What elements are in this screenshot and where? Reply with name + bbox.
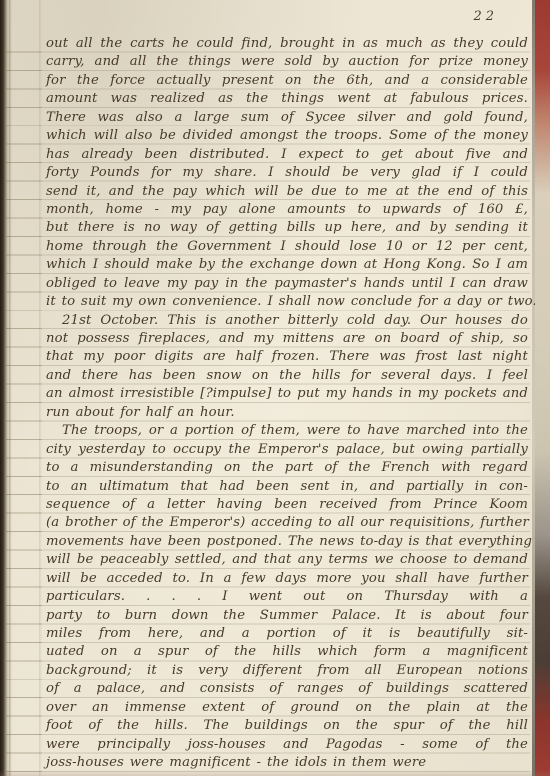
manuscript-line: has already been distributed. I expect t… xyxy=(46,147,528,165)
manuscript-line: (a brother of the Emperor's) acceding to… xyxy=(46,515,528,533)
manuscript-line: uated on a spur of the hills which form … xyxy=(46,644,528,662)
manuscript-line: of a palace, and consists of ranges of b… xyxy=(46,681,528,699)
manuscript-line: to a misunderstanding on the part of the… xyxy=(46,460,528,478)
manuscript-line: forty Pounds for my share. I should be v… xyxy=(46,165,528,183)
manuscript-line: will be acceded to. In a few days more y… xyxy=(46,571,528,589)
manuscript-line: it to suit my own convenience. I shall n… xyxy=(46,294,528,312)
manuscript-page: 22 out all the carts he could find, brou… xyxy=(0,0,550,776)
page-crease xyxy=(9,0,12,776)
manuscript-line: out all the carts he could find, brought… xyxy=(46,36,528,54)
manuscript-text: out all the carts he could find, brought… xyxy=(46,36,528,774)
manuscript-line: The troops, or a portion of them, were t… xyxy=(46,423,528,441)
manuscript-line: background; it is very different from al… xyxy=(46,663,528,681)
manuscript-line: that my poor digits are half frozen. The… xyxy=(46,349,528,367)
book-cover-edge xyxy=(535,0,550,776)
bottom-edge-shadow xyxy=(0,770,550,776)
manuscript-line: amount was realized as the things went a… xyxy=(46,91,528,109)
manuscript-line: were principally joss-houses and Pagodas… xyxy=(46,737,528,755)
manuscript-line: month, home - my pay alone amounts to up… xyxy=(46,202,528,220)
manuscript-line: 21st October. This is another bitterly c… xyxy=(46,313,528,331)
manuscript-line: party to burn down the Summer Palace. It… xyxy=(46,608,528,626)
manuscript-line: which I should make by the exchange down… xyxy=(46,257,528,275)
manuscript-line: which will also be divided amongst the t… xyxy=(46,128,528,146)
manuscript-line: send it, and the pay which will be due t… xyxy=(46,184,528,202)
manuscript-line: particulars. . . . I went out on Thursda… xyxy=(46,589,528,607)
manuscript-line: home through the Government I should los… xyxy=(46,239,528,257)
manuscript-line: for the force actually present on the 6t… xyxy=(46,73,528,91)
manuscript-line: and there has been snow on the hills for… xyxy=(46,368,528,386)
page-number: 22 xyxy=(473,9,498,24)
manuscript-line: but there is no way of getting bills up … xyxy=(46,220,528,238)
manuscript-line: over an immense extent of ground on the … xyxy=(46,700,528,718)
manuscript-line: run about for half an hour. xyxy=(46,405,528,423)
manuscript-line: city yesterday to occupy the Emperor's p… xyxy=(46,442,528,460)
manuscript-line: miles from here, and a portion of it is … xyxy=(46,626,528,644)
manuscript-line: obliged to leave my pay in the paymaster… xyxy=(46,276,528,294)
manuscript-line: foot of the hills. The buildings on the … xyxy=(46,718,528,736)
manuscript-line: an almost irresistible [?impulse] to put… xyxy=(46,386,528,404)
manuscript-line: not possess fireplaces, and my mittens a… xyxy=(46,331,528,349)
manuscript-line: carry, and all the things were sold by a… xyxy=(46,54,528,72)
manuscript-line: to an ultimatum that had been sent in, a… xyxy=(46,479,528,497)
manuscript-line: There was also a large sum of Sycee silv… xyxy=(46,110,528,128)
manuscript-line: will be peaceably settled, and that any … xyxy=(46,552,528,570)
manuscript-line: sequence of a letter having been receive… xyxy=(46,497,528,515)
manuscript-line: movements have been postponed. The news … xyxy=(46,534,528,552)
margin-crease xyxy=(39,0,42,776)
